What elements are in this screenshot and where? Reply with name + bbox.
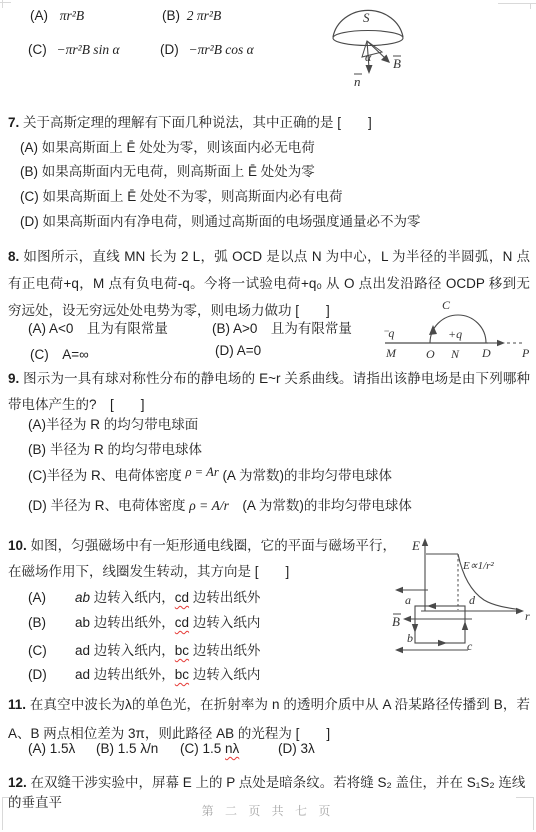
q9-number: 9. [8,371,19,386]
q8-option-c: (C) A=∞ [30,343,89,363]
q10-option-c: (C)ad 边转入纸内，bc 边转出纸外 [28,639,260,659]
q8-option-b: (B) A>0 且为有限常量 [212,317,352,337]
q6-option-d-label: (D) [160,42,179,57]
q6-option-c-label: (C) [28,42,47,57]
corner-a-label: a [405,593,411,607]
q11-option-c: (C) 1.5 nλ [180,741,239,756]
alpha-label: α [365,50,372,64]
hemisphere-rim [333,31,403,46]
q9-option-d: (D) 半径为 R、电荷体密度 ρ = A/r (A 为常数)的非均匀带电球体 [28,494,412,514]
q7-option-a: (A) 如果高斯面上 Ē 处处为零，则该面内必无电荷 [20,136,315,156]
n-label: n [354,74,361,89]
q10-option-b: (B)ab 边转出纸外，cd 边转入纸内 [28,611,260,631]
r-axis-label: r [525,609,530,623]
q9-option-c-formula: ρ = Ar [186,465,219,479]
q6-option-b-label: (B) [162,8,180,23]
q8-option-a: (A) A<0 且为有限常量 [28,317,168,337]
page-footer: 第 二 页 共 七 页 [0,802,536,819]
corner-c-label: c [467,639,473,653]
q6-option-b-formula: 2 πr²B [187,8,221,23]
e-axis-arrowhead [422,538,428,546]
curve-label: E∝1/r² [462,560,494,572]
charge-pos-label: +q [448,327,462,341]
q7-stem: 7. 关于高斯定理的理解有下面几种说法，其中正确的是 [ ] [8,111,530,131]
q9-q10-figure: E E∝1/r² r a d b c B [392,536,536,662]
q8-option-d: (D) A=0 [215,343,261,358]
point-n-label: N [450,347,460,361]
q11-option-b: (B) 1.5 λ/n [96,741,158,756]
corner-mark-top-left-h [0,2,11,3]
q12-number: 12. [8,775,27,790]
q11-stem: 11. 在真空中波长为λ的单色光，在折射率为 n 的透明介质中从 A 沿某路径传… [8,690,530,748]
corner-b-label: b [407,631,413,645]
q9-option-b: (B) 半径为 R 的均匀带电球体 [28,438,202,458]
r-axis-arrowhead [516,608,524,614]
d-to-p-arrowhead [497,340,505,346]
q9-stem: 9. 图示为一具有球对称性分布的静电场的 E~r 关系曲线。请指出该静电场是由下… [8,366,530,418]
right-edge-arrow-up [462,621,468,630]
q9-option-c: (C)半径为 R、电荷体密度 ρ = Ar (A 为常数)的非均匀带电球体 [28,464,392,484]
corner-d-label: d [469,593,476,607]
coil-diagram: a d b c B [392,587,476,653]
q9-option-a: (A)半径为 R 的均匀带电球面 [28,413,198,433]
q10-option-d: (D)ad 边转出纸外，bc 边转入纸内 [28,663,260,683]
q7-option-b: (B) 如果高斯面内无电荷，则高斯面上 Ē 处处为零 [20,160,315,180]
e-axis-label: E [411,538,420,553]
b-field-arrowhead-3 [395,647,403,653]
n-vector-arrowhead [366,65,373,74]
q7-number: 7. [8,115,19,130]
q6-option-a-formula: πr²B [60,8,84,23]
q11-number: 11. [8,697,26,712]
point-m-label: M [385,346,397,360]
q6-option-d-formula: −πr²B cos α [189,42,254,57]
q11-option-a: (A) 1.5λ [28,741,75,756]
q6-option-b: (B) 2 πr²B [162,8,221,24]
q8-number: 8. [8,249,19,264]
b-field-arrowhead-2 [403,616,411,622]
q10-option-a: (A)ab 边转入纸内，cd 边转出纸外 [28,586,260,606]
q11-option-c-wavy: nλ [225,741,239,756]
point-p-label: P [521,346,530,360]
point-c-label: C [442,298,451,312]
exam-page: { "footer": "第 二 页 共 七 页", "q6": { "opti… [0,0,536,832]
q6-option-c: (C) −πr²B sin α [28,42,120,58]
point-o-label: O [426,347,435,361]
q6-option-c-formula: −πr²B sin α [57,42,120,57]
top-edge-arrow-left [427,603,436,609]
q7-option-d: (D) 如果高斯面内有净电荷，则通过高斯面的电场强度通量必不为零 [20,210,421,230]
q10-number: 10. [8,538,27,553]
q6-option-a-label: (A) [30,8,48,23]
surface-label: S [363,10,370,25]
point-d-label: D [481,346,491,360]
q8-path-figure: ⁻q +q M O N D P C [372,296,536,368]
q9-option-d-formula: ρ = A/r [189,498,229,513]
er-graph: E E∝1/r² r [411,538,530,623]
b-label: B [393,56,401,71]
q10-stem: 10. 如图，匀强磁场中有一矩形通电线圈，它的平面与磁场平行，在磁场作用下，线圈… [8,533,396,585]
b-field-label: B [392,614,400,629]
q11-option-d: (D) 3λ [278,741,315,756]
corner-mark-top-right-v [530,3,531,9]
charge-neg-label: ⁻q [382,326,394,340]
b-field-arrowhead-1 [395,587,403,593]
q6-hemisphere-figure: S n B α [330,0,450,90]
q7-option-c: (C) 如果高斯面上 Ē 处处不为零，则高斯面内必有电荷 [20,185,343,205]
q6-option-a: (A) πr²B [30,8,84,24]
q6-option-d: (D) −πr²B cos α [160,42,254,58]
bottom-edge-arrow-right [438,640,447,646]
